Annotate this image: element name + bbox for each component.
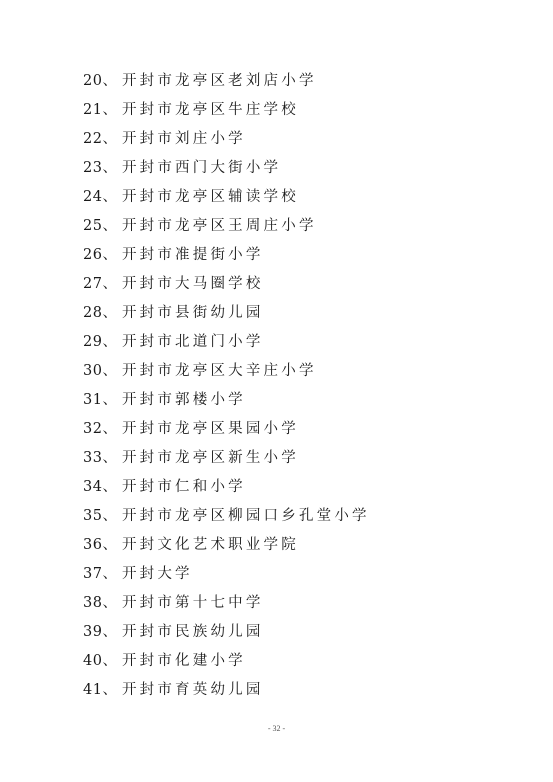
item-separator: 、 [102,363,120,379]
list-item: 31、开封市郭楼小学 [83,386,370,415]
item-number: 39 [83,624,102,640]
item-text: 开封市北道门小学 [122,334,264,350]
item-text: 开封市县街幼儿园 [122,305,264,321]
item-separator: 、 [102,566,120,582]
list-item: 20、开封市龙亭区老刘店小学 [83,67,370,96]
item-separator: 、 [102,131,120,147]
item-text: 开封市刘庄小学 [122,131,246,147]
item-text: 开封市西门大街小学 [122,160,281,176]
item-number: 27 [83,276,102,292]
item-number: 35 [83,508,102,524]
item-text: 开封市龙亭区老刘店小学 [122,73,317,89]
item-number: 34 [83,479,102,495]
item-separator: 、 [102,624,120,640]
item-number: 22 [83,131,102,147]
list-item: 22、开封市刘庄小学 [83,125,370,154]
list-item: 29、开封市北道门小学 [83,328,370,357]
item-text: 开封市龙亭区新生小学 [122,450,299,466]
item-text: 开封市仁和小学 [122,479,246,495]
list-item: 33、开封市龙亭区新生小学 [83,444,370,473]
item-text: 开封市化建小学 [122,653,246,669]
list-item: 21、开封市龙亭区牛庄学校 [83,96,370,125]
item-separator: 、 [102,73,120,89]
item-separator: 、 [102,450,120,466]
list-item: 26、开封市准提街小学 [83,241,370,270]
list-item: 40、开封市化建小学 [83,647,370,676]
list-item: 28、开封市县街幼儿园 [83,299,370,328]
list-item: 30、开封市龙亭区大辛庄小学 [83,357,370,386]
item-separator: 、 [102,189,120,205]
item-number: 40 [83,653,102,669]
list-item: 32、开封市龙亭区果园小学 [83,415,370,444]
item-text: 开封市龙亭区柳园口乡孔堂小学 [122,508,370,524]
item-text: 开封市龙亭区大辛庄小学 [122,363,317,379]
document-page: 20、开封市龙亭区老刘店小学 21、开封市龙亭区牛庄学校 22、开封市刘庄小学 … [0,0,553,782]
item-separator: 、 [102,653,120,669]
school-list: 20、开封市龙亭区老刘店小学 21、开封市龙亭区牛庄学校 22、开封市刘庄小学 … [83,67,370,705]
item-separator: 、 [102,102,120,118]
list-item: 37、开封大学 [83,560,370,589]
item-separator: 、 [102,160,120,176]
item-text: 开封大学 [122,566,193,582]
list-item: 34、开封市仁和小学 [83,473,370,502]
item-number: 32 [83,421,102,437]
item-text: 开封市民族幼儿园 [122,624,264,640]
item-text: 开封市龙亭区牛庄学校 [122,102,299,118]
item-number: 23 [83,160,102,176]
item-separator: 、 [102,276,120,292]
item-separator: 、 [102,508,120,524]
list-item: 39、开封市民族幼儿园 [83,618,370,647]
item-text: 开封市第十七中学 [122,595,264,611]
item-number: 21 [83,102,102,118]
list-item: 27、开封市大马圈学校 [83,270,370,299]
item-number: 41 [83,682,102,698]
item-text: 开封文化艺术职业学院 [122,537,299,553]
item-number: 31 [83,392,102,408]
item-text: 开封市郭楼小学 [122,392,246,408]
list-item: 36、开封文化艺术职业学院 [83,531,370,560]
list-item: 35、开封市龙亭区柳园口乡孔堂小学 [83,502,370,531]
item-separator: 、 [102,247,120,263]
list-item: 23、开封市西门大街小学 [83,154,370,183]
item-number: 29 [83,334,102,350]
item-number: 38 [83,595,102,611]
item-text: 开封市育英幼儿园 [122,682,264,698]
item-text: 开封市龙亭区果园小学 [122,421,299,437]
item-number: 25 [83,218,102,234]
item-number: 30 [83,363,102,379]
item-separator: 、 [102,421,120,437]
item-number: 37 [83,566,102,582]
item-text: 开封市大马圈学校 [122,276,264,292]
list-item: 41、开封市育英幼儿园 [83,676,370,705]
item-number: 24 [83,189,102,205]
item-text: 开封市龙亭区辅读学校 [122,189,299,205]
item-separator: 、 [102,334,120,350]
list-item: 25、开封市龙亭区王周庄小学 [83,212,370,241]
item-separator: 、 [102,479,120,495]
item-number: 33 [83,450,102,466]
item-separator: 、 [102,392,120,408]
item-separator: 、 [102,537,120,553]
item-text: 开封市准提街小学 [122,247,264,263]
item-separator: 、 [102,682,120,698]
item-separator: 、 [102,305,120,321]
item-number: 26 [83,247,102,263]
list-item: 38、开封市第十七中学 [83,589,370,618]
item-number: 36 [83,537,102,553]
item-number: 28 [83,305,102,321]
item-separator: 、 [102,595,120,611]
page-number: - 32 - [0,724,553,733]
item-separator: 、 [102,218,120,234]
item-text: 开封市龙亭区王周庄小学 [122,218,317,234]
item-number: 20 [83,73,102,89]
list-item: 24、开封市龙亭区辅读学校 [83,183,370,212]
